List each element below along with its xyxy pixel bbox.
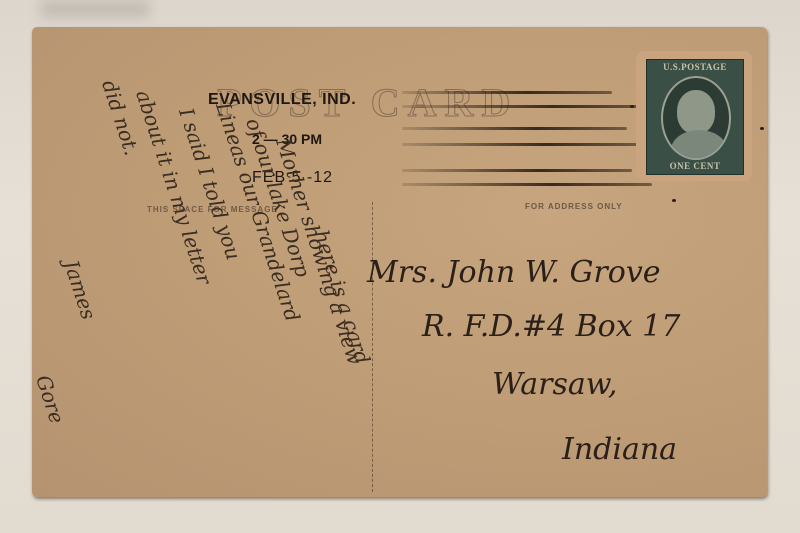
cancellation-bars <box>402 87 657 197</box>
franklin-portrait-icon <box>661 76 731 160</box>
address-line-route: R. F.D.#4 Box 17 <box>422 309 680 344</box>
postcard: POST CARD EVANSVILLE, IND. 2 — 30 PM FEB… <box>32 27 767 497</box>
message-signature-surname: Gore <box>32 372 69 426</box>
address-line-name: Mrs. John W. Grove <box>367 255 661 290</box>
address-line-city: Warsaw, <box>492 367 617 402</box>
message-signature: James <box>59 257 101 322</box>
postage-stamp: U.S.POSTAGE ONE CENT <box>636 51 752 181</box>
ink-spot <box>672 199 676 202</box>
center-divider <box>372 202 374 492</box>
message-line: did not. <box>97 77 144 158</box>
stamp-top-text: U.S.POSTAGE <box>647 62 743 72</box>
ink-spot <box>630 105 634 108</box>
address-area-label: FOR ADDRESS ONLY <box>525 202 623 211</box>
address-line-state: Indiana <box>562 432 677 467</box>
stamp-bottom-text: ONE CENT <box>647 161 743 171</box>
ink-spot <box>760 127 764 130</box>
photo-shadow <box>40 0 150 18</box>
